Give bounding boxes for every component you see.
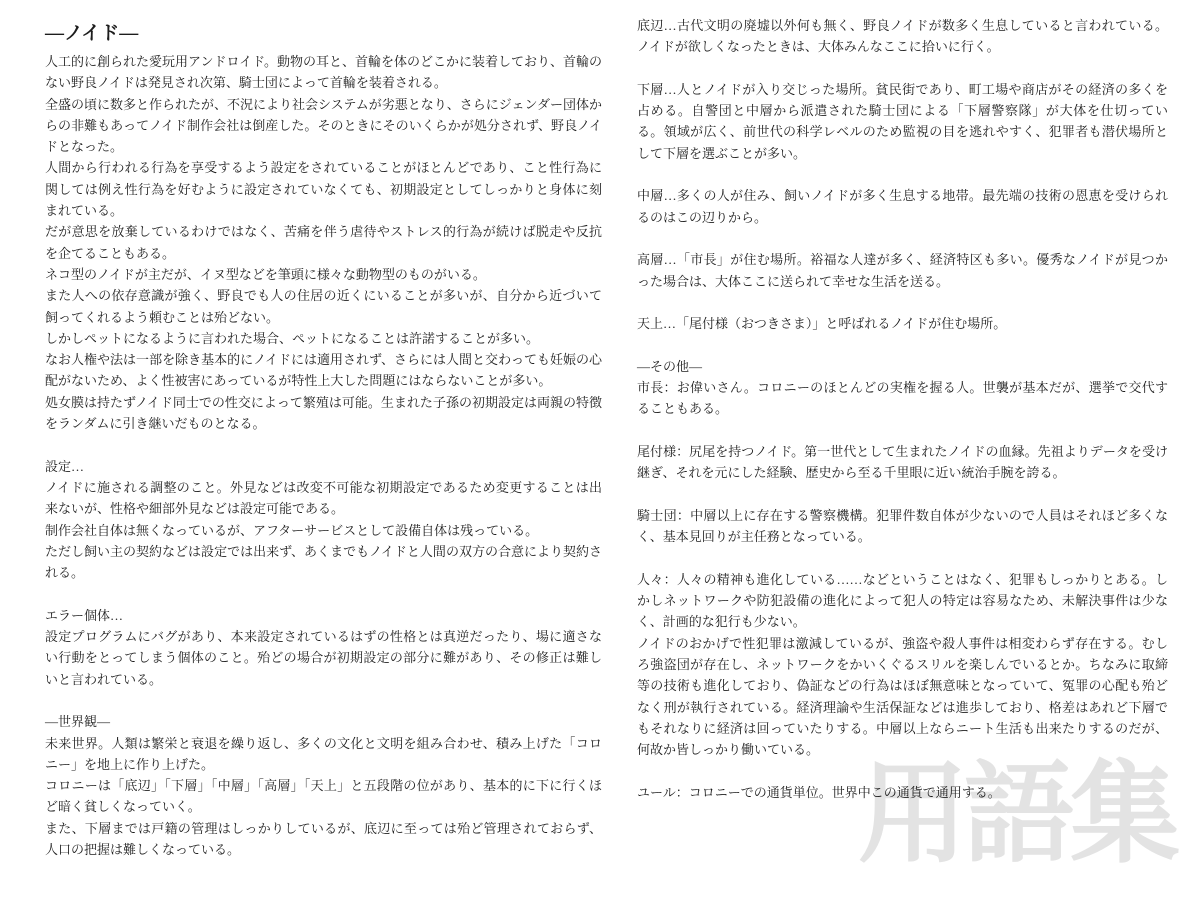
paragraph: 下層…人とノイドが入り交じった場所。貧民街であり、町工場や商店がその経済の多くを…	[637, 79, 1168, 164]
paragraph: コロニーは「底辺」「下層」「中層」「高層」「天上」と五段階の位があり、基本的に下…	[45, 775, 602, 818]
glossary-entry-chuusou: 中層…多くの人が住み、飼いノイドが多く生息する地帯。最先端の技術の恩恵を受けられ…	[637, 185, 1168, 228]
section-error-kotai: エラー個体… 設定プログラムにバグがあり、本来設定されているはずの性格とは真逆だ…	[45, 605, 602, 690]
right-column: 底辺…古代文明の廃墟以外何も無く、野良ノイドが数多く生息していると言われている。…	[637, 15, 1168, 803]
paragraph: 人間から行われる行為を享受するよう設定をされていることがほとんどであり、こと性行…	[45, 157, 602, 221]
section-title: ―その他―	[637, 356, 1168, 377]
paragraph: だが意思を放棄しているわけではなく、苦痛を伴う虐待やストレス的行為が続けば脱走や…	[45, 221, 602, 264]
glossary-entry-kousou: 高層…「市長」が住む場所。裕福な人達が多く、経済特区も多い。優秀なノイドが見つか…	[637, 249, 1168, 292]
paragraph: しかしペットになるように言われた場合、ペットになることは許諾することが多い。	[45, 328, 602, 349]
glossary-entry-tenjou: 天上…「尾付様（おつきさま）」と呼ばれるノイドが住む場所。	[637, 313, 1168, 334]
glossary-entry-hitobito: 人々：人々の精神も進化している……などということはなく、犯罪もしっかりとある。し…	[637, 569, 1168, 761]
section-title: エラー個体…	[45, 605, 602, 626]
paragraph: ユール：コロニーでの通貨単位。世界中この通貨で通用する。	[637, 782, 1168, 803]
paragraph: また、下層までは戸籍の管理はしっかりしているが、底辺に至っては殆ど管理されておら…	[45, 818, 602, 861]
glossary-entry-yuuru: ユール：コロニーでの通貨単位。世界中この通貨で通用する。	[637, 782, 1168, 803]
section-title: ―世界観―	[45, 711, 602, 732]
paragraph: 天上…「尾付様（おつきさま）」と呼ばれるノイドが住む場所。	[637, 313, 1168, 334]
paragraph: 制作会社自体は無くなっているが、アフターサービスとして設備自体は残っている。	[45, 520, 602, 541]
document-page: 用語集 ―ノイド― 人工的に創られた愛玩用アンドロイド。動物の耳と、首輪を体のど…	[0, 0, 1200, 900]
glossary-entry-kishidan: 騎士団：中層以上に存在する警察機構。犯罪件数自体が少ないので人員はそれほど多くな…	[637, 505, 1168, 548]
page-heading: ―ノイド―	[45, 20, 602, 47]
paragraph: また人への依存意識が強く、野良でも人の住居の近くにいることが多いが、自分から近づ…	[45, 285, 602, 328]
paragraph: 騎士団：中層以上に存在する警察機構。犯罪件数自体が少ないので人員はそれほど多くな…	[637, 505, 1168, 548]
left-column: ―ノイド― 人工的に創られた愛玩用アンドロイド。動物の耳と、首輪を体のどこかに装…	[45, 20, 602, 860]
glossary-entry-kasou: 下層…人とノイドが入り交じった場所。貧民街であり、町工場や商店がその経済の多くを…	[637, 79, 1168, 164]
section-title: 設定…	[45, 456, 602, 477]
glossary-entry-otsukisama: 尾付様：尻尾を持つノイド。第一世代として生まれたノイドの血縁。先祖よりデータを受…	[637, 441, 1168, 484]
paragraph: ただし飼い主の契約などは設定では出来ず、あくまでもノイドと人間の双方の合意により…	[45, 541, 602, 584]
paragraph: 中層…多くの人が住み、飼いノイドが多く生息する地帯。最先端の技術の恩恵を受けられ…	[637, 185, 1168, 228]
paragraph: 市長：お偉いさん。コロニーのほとんどの実権を握る人。世襲が基本だが、選挙で交代す…	[637, 377, 1168, 420]
paragraph: 全盛の頃に数多と作られたが、不況により社会システムが劣悪となり、さらにジェンダー…	[45, 94, 602, 158]
paragraph: なお人権や法は一部を除き基本的にノイドには適用されず、さらには人間と交わっても妊…	[45, 349, 602, 392]
paragraph: ノイドに施される調整のこと。外見などは改変不可能な初期設定であるため変更すること…	[45, 477, 602, 520]
paragraph: 底辺…古代文明の廃墟以外何も無く、野良ノイドが数多く生息していると言われている。…	[637, 15, 1168, 58]
paragraph: 設定プログラムにバグがあり、本来設定されているはずの性格とは真逆だったり、場に適…	[45, 626, 602, 690]
paragraph: ノイドのおかげで性犯罪は激減しているが、強盗や殺人事件は相変わらず存在する。むし…	[637, 633, 1168, 761]
section-sonota: ―その他― 市長：お偉いさん。コロニーのほとんどの実権を握る人。世襲が基本だが、…	[637, 356, 1168, 420]
section-sekaikan: ―世界観― 未来世界。人類は繁栄と衰退を繰り返し、多くの文化と文明を組み合わせ、…	[45, 711, 602, 860]
section-settei: 設定… ノイドに施される調整のこと。外見などは改変不可能な初期設定であるため変更…	[45, 456, 602, 584]
paragraph: ネコ型のノイドが主だが、イヌ型などを筆頭に様々な動物型のものがいる。	[45, 264, 602, 285]
paragraph: 高層…「市長」が住む場所。裕福な人達が多く、経済特区も多い。優秀なノイドが見つか…	[637, 249, 1168, 292]
glossary-entry-teihen: 底辺…古代文明の廃墟以外何も無く、野良ノイドが数多く生息していると言われている。…	[637, 15, 1168, 58]
paragraph: 人々：人々の精神も進化している……などということはなく、犯罪もしっかりとある。し…	[637, 569, 1168, 633]
paragraph: 未来世界。人類は繁栄と衰退を繰り返し、多くの文化と文明を組み合わせ、積み上げた「…	[45, 733, 602, 776]
paragraph: 尾付様：尻尾を持つノイド。第一世代として生まれたノイドの血縁。先祖よりデータを受…	[637, 441, 1168, 484]
paragraph: 人工的に創られた愛玩用アンドロイド。動物の耳と、首輪を体のどこかに装着しており、…	[45, 51, 602, 94]
paragraph: 処女膜は持たずノイド同士での性交によって繁殖は可能。生まれた子孫の初期設定は両親…	[45, 392, 602, 435]
